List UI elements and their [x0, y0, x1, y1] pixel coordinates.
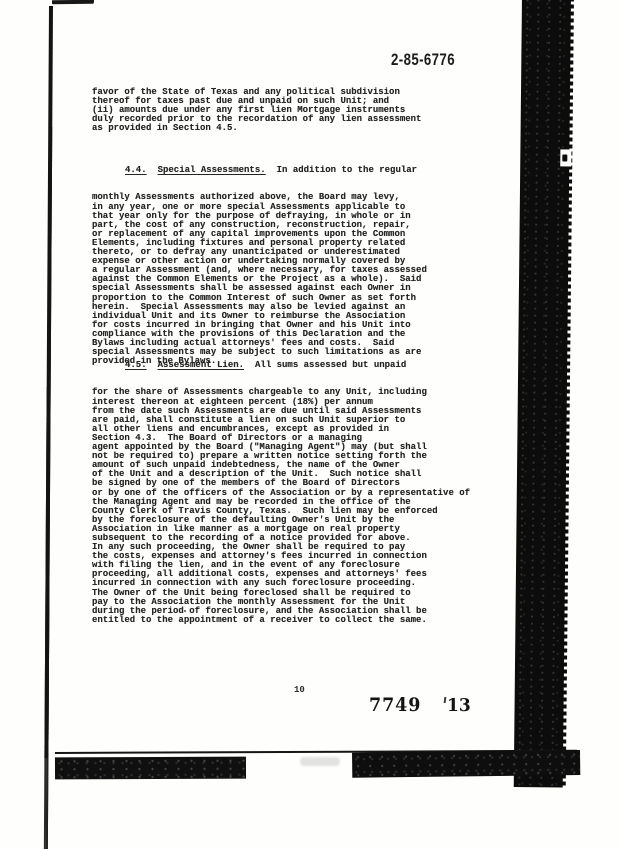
section-title: Special Assessments. — [158, 165, 266, 175]
scan-smudge — [300, 757, 340, 766]
stamp-tick-mark — [444, 697, 447, 703]
scan-strip-ragged-edge — [562, 0, 574, 788]
section-heading-rest: All sums assessed but unpaid — [255, 360, 406, 370]
scan-edge-top-mark — [52, 0, 94, 4]
section-4-4-heading: 4.4.Special Assessments.In addition to t… — [92, 166, 427, 175]
section-heading-rest: In addition to the regular — [277, 165, 417, 175]
scan-edge-left-line — [44, 6, 53, 758]
section-4-4: 4.4.Special Assessments.In addition to t… — [92, 148, 427, 366]
page-number: 10 — [294, 685, 305, 695]
section-title: Assessment Lien. — [158, 360, 244, 370]
scan-band-bottom-left — [55, 757, 246, 780]
text-line: as provided in Section 4.5. — [92, 124, 421, 133]
paragraph-intro: favor of the State of Texas and any poli… — [92, 88, 421, 133]
scan-strip-notch-mark — [562, 154, 567, 161]
docket-stamp: 2-85-6776 — [391, 50, 455, 70]
page-number-stamp: 13 — [447, 695, 471, 716]
scanned-page: 2-85-6776 favor of the State of Texas an… — [0, 0, 620, 849]
section-4-5: 4.5.Assessment Lien.All sums assessed bu… — [92, 343, 470, 625]
book-number-stamp: 7749 — [369, 694, 421, 716]
section-number: 4.5. — [125, 360, 147, 370]
scan-band-bottom-right — [352, 750, 580, 778]
scan-strip-right — [514, 0, 571, 787]
section-4-5-heading: 4.5.Assessment Lien.All sums assessed bu… — [92, 361, 470, 370]
section-number: 4.4. — [125, 165, 147, 175]
text-line: entitled to the appointment of a receive… — [92, 616, 470, 625]
